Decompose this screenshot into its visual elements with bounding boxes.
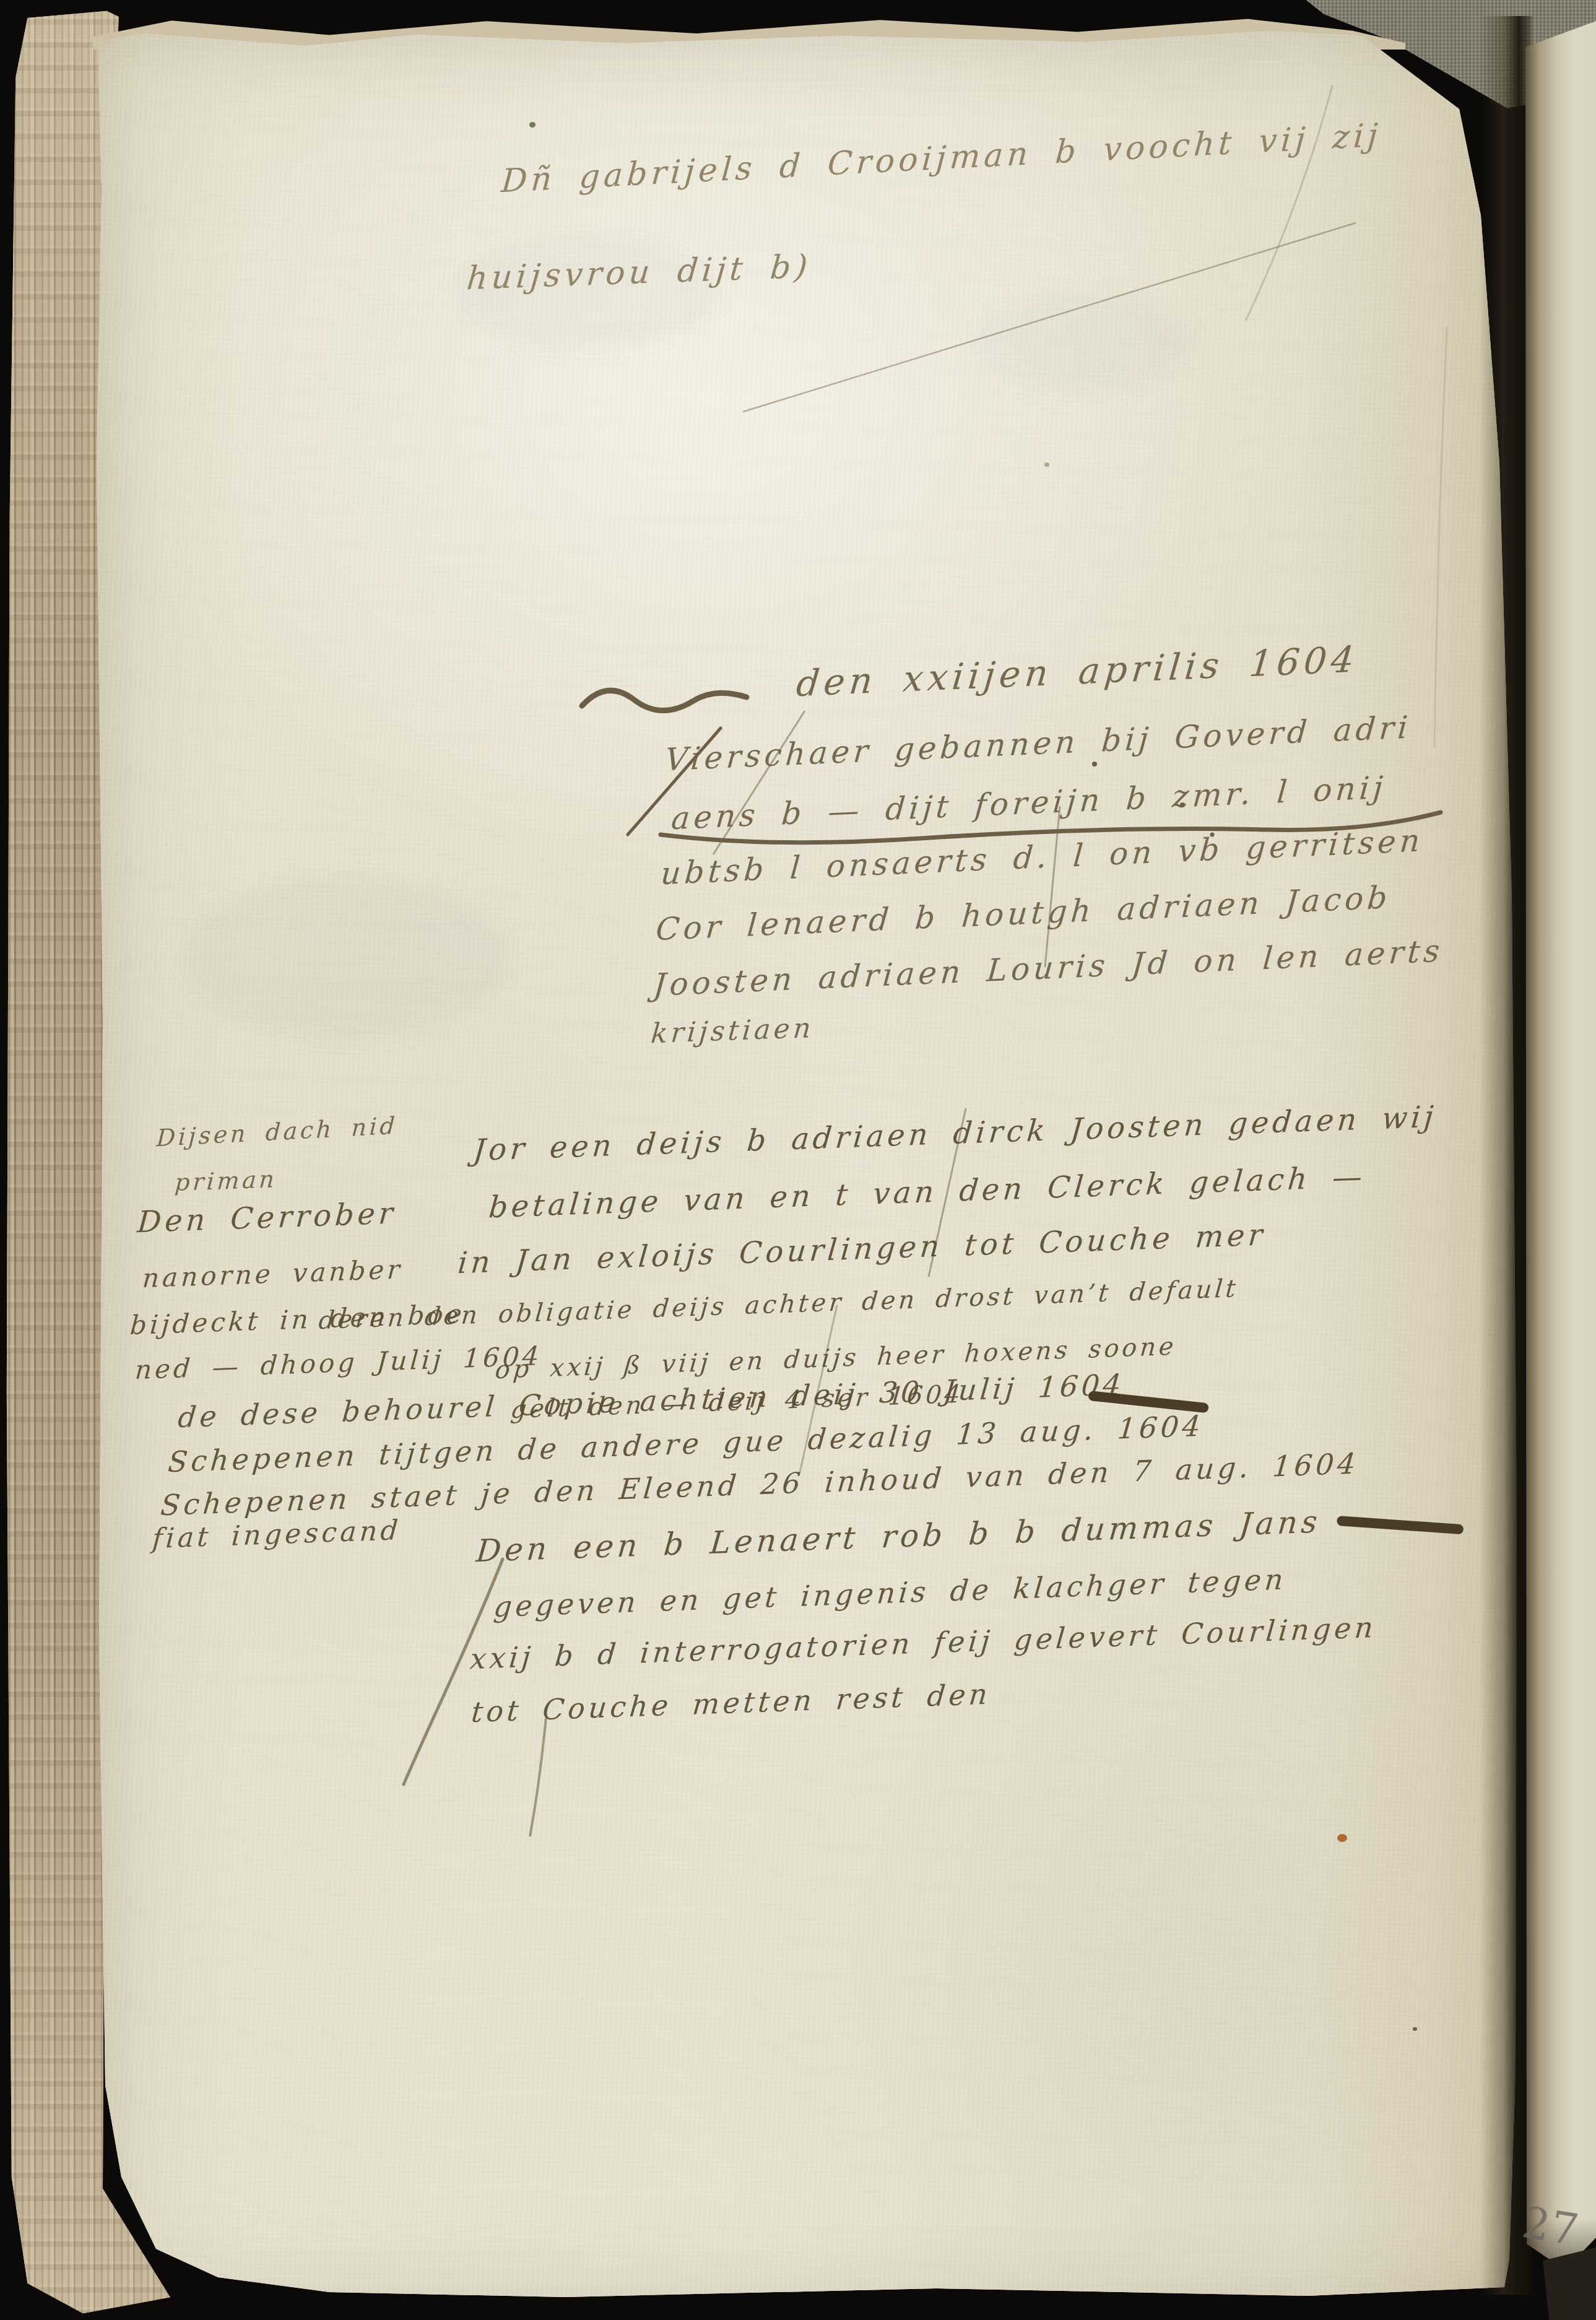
- pen-flourish: [743, 223, 1356, 412]
- manuscript-line: Jor een deijs b adriaen dirck Joosten ge…: [472, 1100, 1438, 1168]
- manuscript-line: ubtsb l onsaerts d. l on vb gerritsen: [659, 822, 1425, 892]
- margin-note-line: priman: [174, 1165, 278, 1196]
- margin-note-line: Den Cerrober: [136, 1196, 397, 1240]
- manuscript-line: xxij b d interrogatorien feij gelevert C…: [469, 1610, 1377, 1675]
- rust-stain: [1337, 1834, 1347, 1842]
- pen-flourish: [1045, 806, 1060, 967]
- margin-note-line: ned — dhoog Julij 1604: [134, 1340, 544, 1385]
- pen-flourish: [582, 690, 747, 710]
- manuscript-line: Den een b Lenaert rob b b dummas Jans: [475, 1503, 1322, 1569]
- manuscript-line: Cor lenaerd b houtgh adriaen Jacob: [654, 879, 1392, 947]
- manuscript-scan: Dñ gabrijels d Crooijman b voocht vij zi…: [0, 0, 1596, 2320]
- margin-note-line: nanorne vanber: [142, 1254, 404, 1293]
- date-heading: den xxiijen aprilis 1604: [794, 638, 1360, 705]
- ink-speck: [1044, 463, 1049, 467]
- manuscript-line: deren den obligatie deijs achter den dro…: [318, 1274, 1240, 1335]
- manuscript-line: betalinge van en t van den Clerck gelach…: [487, 1160, 1367, 1225]
- gutter-shadow: [1480, 16, 1533, 2295]
- manuscript-line: aens b — dijt foreijn b zmr. l onij: [670, 770, 1387, 837]
- manuscript-line: huijsvrou dijt b): [466, 248, 813, 298]
- manuscript-line: tot Couche metten rest den: [470, 1677, 992, 1729]
- manuscript-line: Dñ gabrijels d Crooijman b voocht vij zi…: [500, 117, 1383, 201]
- pen-flourish: [530, 1718, 546, 1836]
- manuscript-line: krijstiaen: [650, 1012, 815, 1049]
- manuscript-page: Dñ gabrijels d Crooijman b voocht vij zi…: [69, 30, 1523, 2313]
- manuscript-line: gegeven en get ingenis de klachger tegen: [492, 1562, 1288, 1623]
- ink-speck: [529, 122, 536, 128]
- manuscript-line: in Jan exloijs Courlingen tot Couche mer: [456, 1217, 1267, 1280]
- show-through-smudge: [187, 878, 509, 1039]
- ink-dot: [1092, 762, 1097, 767]
- next-leaf-edge: [1522, 15, 1596, 2275]
- bold-ink-dash: [1337, 1516, 1464, 1534]
- margin-note-line: Dijsen dach nid: [156, 1112, 399, 1152]
- ink-speck: [1413, 2027, 1417, 2031]
- manuscript-line: Vierschaer gebannen bij Goverd adri: [664, 709, 1412, 778]
- show-through-smudge: [973, 296, 1196, 389]
- folio-number: 27: [1519, 2197, 1583, 2256]
- manuscript-line: Joosten adriaen Louris Jd on len aerts: [652, 932, 1444, 1003]
- paper-crease: [1434, 327, 1447, 748]
